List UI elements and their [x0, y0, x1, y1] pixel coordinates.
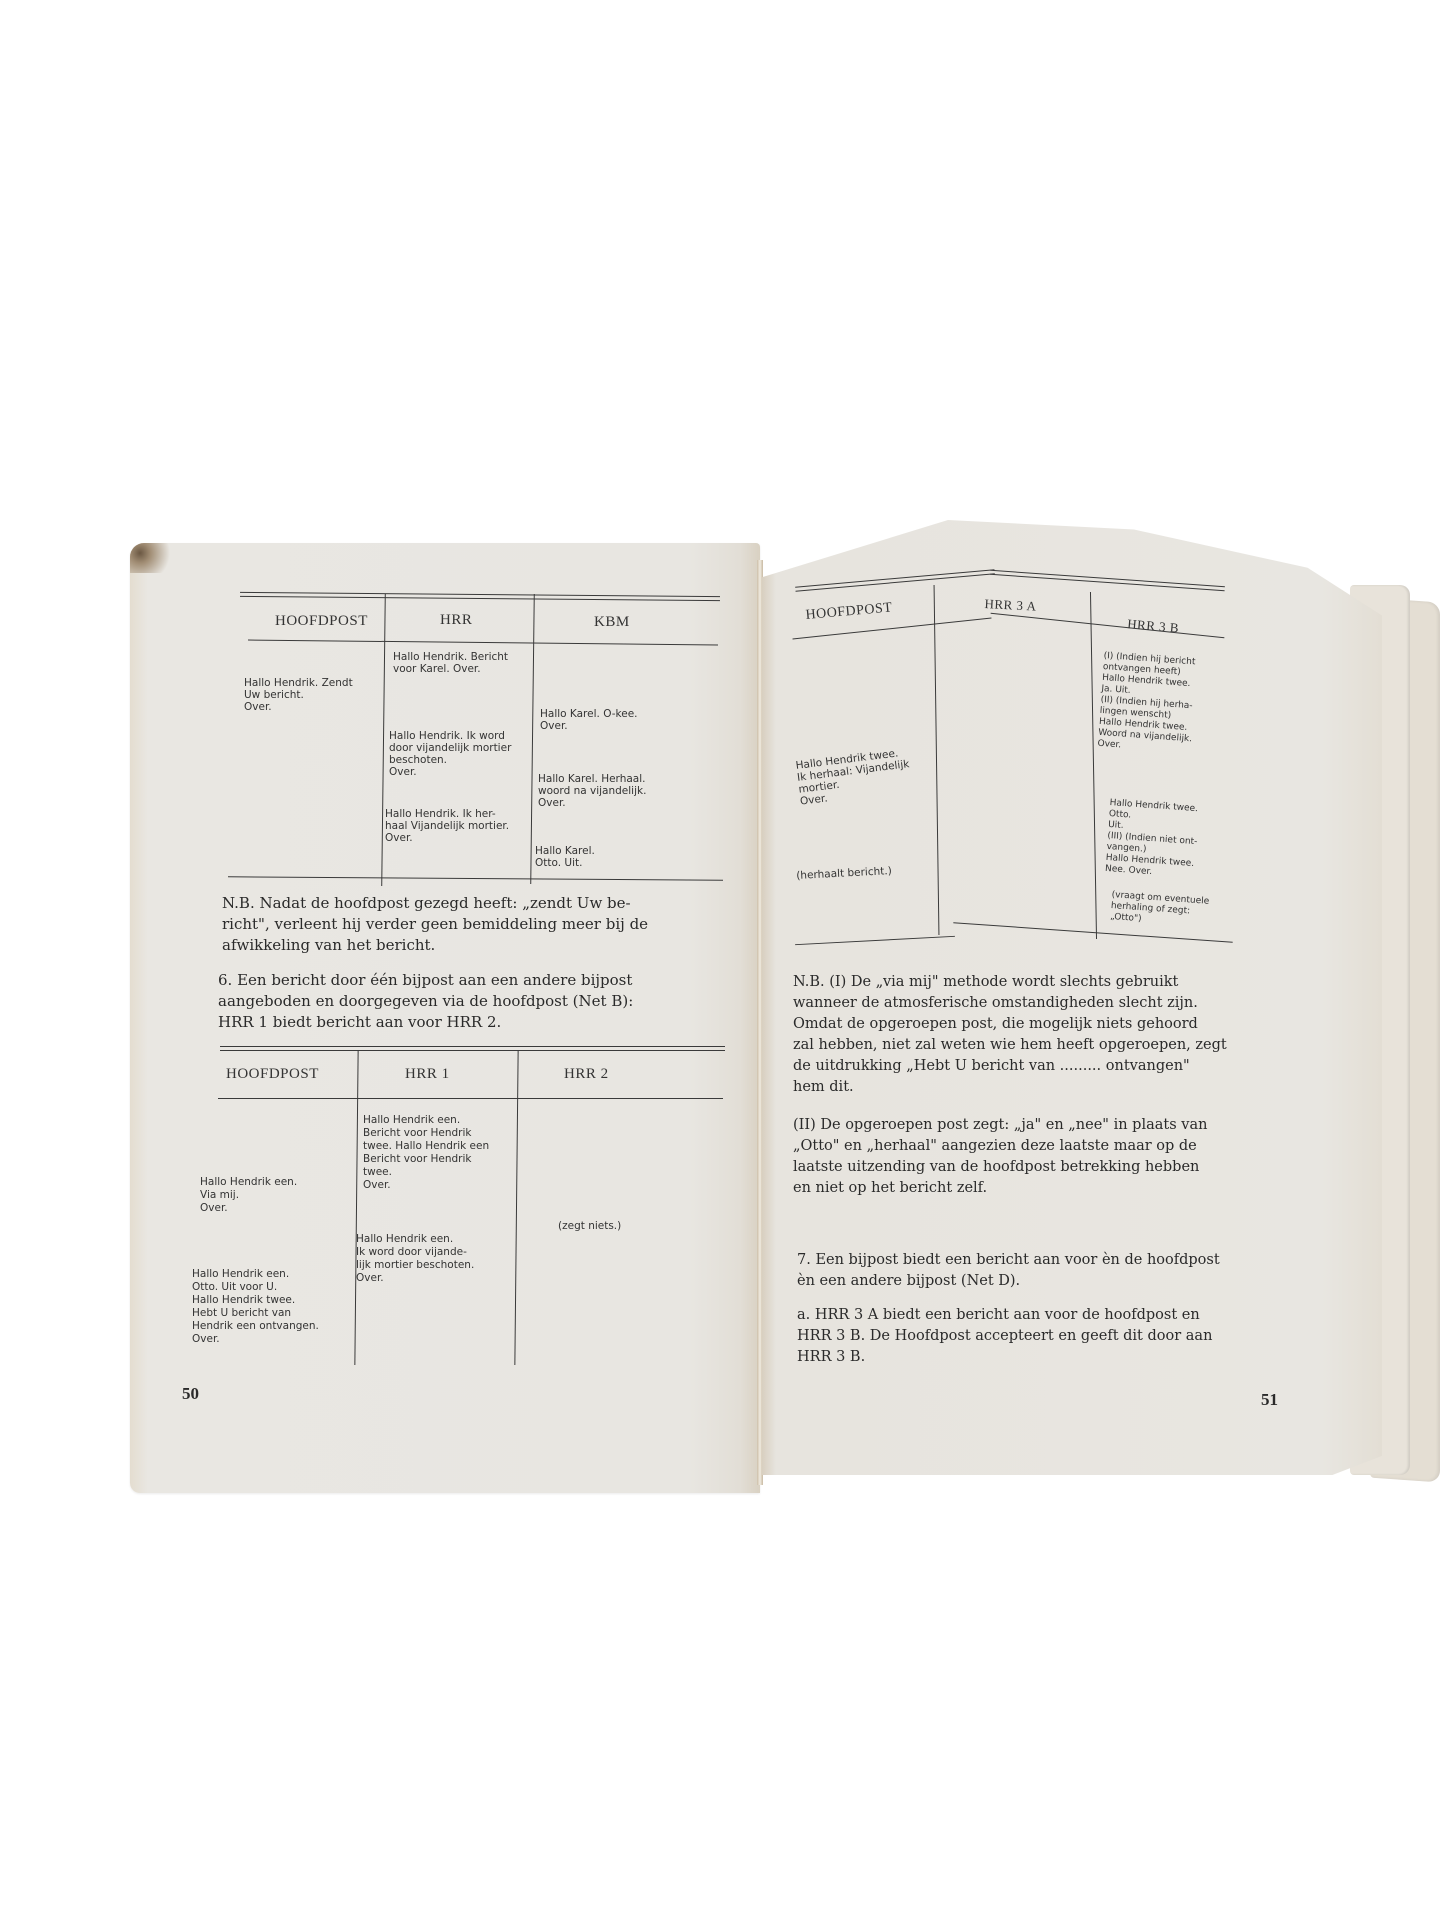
table2-header-rule	[218, 1098, 723, 1099]
table2-hrr2-cell: (zegt niets.)	[558, 1220, 621, 1232]
table1-header-hoofdpost: HOOFDPOST	[275, 613, 368, 630]
table2-header-hrr1: HRR 1	[405, 1066, 450, 1083]
table2-header-hoofdpost: HOOFDPOST	[226, 1066, 319, 1083]
table1-hoofdpost-cell: Hallo Hendrik. Zendt Uw bericht. Over.	[244, 677, 394, 713]
table2-header-hrr2: HRR 2	[564, 1066, 609, 1083]
table2-hoofdpost-cell-1: Hallo Hendrik een.Via mij.Over.	[200, 1176, 297, 1215]
table1-header-hrr: HRR	[440, 612, 472, 629]
page-number-right: 51	[1261, 1390, 1278, 1410]
table1-kbm-cell-3: Hallo Karel.Otto. Uit.	[535, 845, 595, 869]
table2-hrr1-cell-2: Hallo Hendrik een.Ik word door vijande-l…	[356, 1233, 474, 1285]
table2-hoofdpost-cell-2: Hallo Hendrik een.Otto. Uit voor U.Hallo…	[192, 1268, 319, 1346]
table1-hrr-cell-3: Hallo Hendrik. Ik her-haal Vijandelijk m…	[385, 808, 509, 844]
section-7-paragraph: 7. Een bijpost biedt een bericht aan voo…	[797, 1250, 1287, 1292]
page-number-left: 50	[182, 1384, 199, 1404]
table3-hrr3b-cell-1: (I) (Indien hij berichtontvangen heeft)H…	[1097, 651, 1198, 756]
table2-top-rule	[220, 1046, 725, 1051]
table1-kbm-cell-2: Hallo Karel. Herhaal.woord na vijandelij…	[538, 773, 646, 809]
table1-kbm-cell-1: Hallo Karel. O-kee.Over.	[540, 708, 638, 732]
table3-hrr3b-cell-2: Hallo Hendrik twee.Otto.Uit.(III) (Indie…	[1105, 798, 1200, 881]
table1-header-kbm: KBM	[594, 614, 630, 631]
section-6-paragraph: 6. Een bericht door één bijpost aan een …	[218, 970, 733, 1033]
section-7a-paragraph: a. HRR 3 A biedt een bericht aan voor de…	[797, 1305, 1287, 1368]
table3-hrr3b-cell-3: (vraagt om eventueleherhaling of zegt:„O…	[1110, 890, 1210, 930]
left-note-nb: N.B. Nadat de hoofdpost gezegd heeft: „z…	[222, 893, 732, 956]
right-note-nb-1: N.B. (I) De „via mij" methode wordt slec…	[793, 972, 1273, 1098]
right-note-nb-2: (II) De opgeroepen post zegt: „ja" en „n…	[793, 1115, 1283, 1199]
table2-hrr1-cell-1: Hallo Hendrik een.Bericht voor Hendriktw…	[363, 1114, 489, 1192]
table1-hrr-cell-1: Hallo Hendrik. Berichtvoor Karel. Over.	[393, 651, 508, 675]
table1-hrr-cell-2: Hallo Hendrik. Ik worddoor vijandelijk m…	[389, 730, 511, 778]
